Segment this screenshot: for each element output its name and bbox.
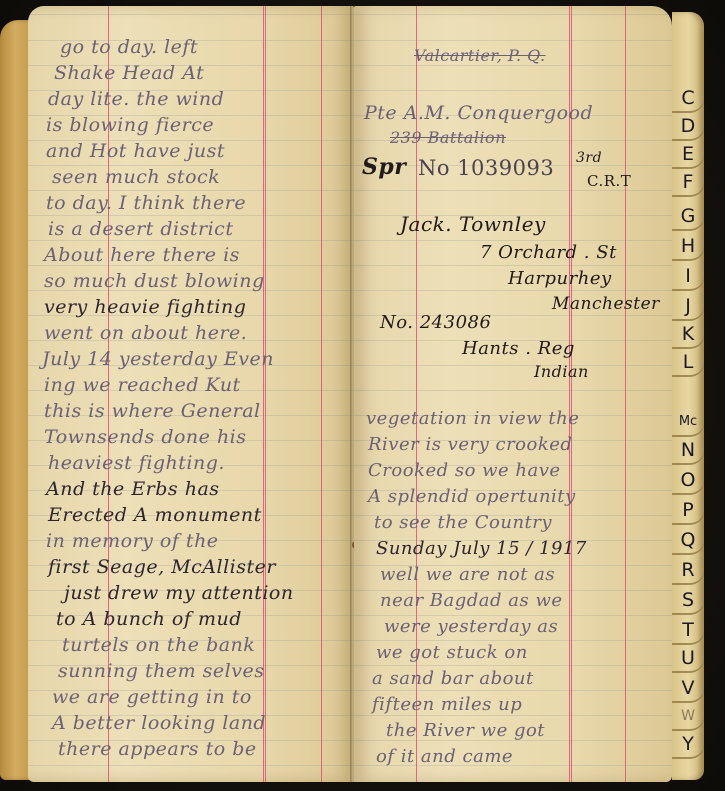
- notebook-photo: go to day. left Shake Head At day lite. …: [0, 0, 725, 791]
- contact-unit: Indian: [534, 362, 672, 381]
- handwritten-line: sunning them selves: [58, 660, 354, 682]
- contact-regiment: Hants . Reg: [462, 338, 672, 359]
- index-tab-p[interactable]: P: [672, 496, 704, 525]
- index-tab-y[interactable]: Y: [672, 730, 704, 759]
- index-tab-h[interactable]: H: [672, 232, 704, 261]
- index-tab-q[interactable]: Q: [672, 526, 704, 555]
- handwritten-line: ing we reached Kut: [44, 374, 354, 396]
- handwritten-line: a sand bar about: [372, 668, 672, 689]
- handwritten-line: and Hot have just: [46, 140, 354, 162]
- handwritten-line: Sunday July 15 / 1917: [376, 538, 672, 559]
- index-tab-mc[interactable]: Mc: [672, 408, 704, 437]
- handwritten-line: go to day. left: [60, 36, 354, 58]
- handwritten-line: July 14 yesterday Even: [42, 348, 354, 370]
- left-page: go to day. left Shake Head At day lite. …: [28, 6, 354, 782]
- handwritten-line: to day. I think there: [46, 192, 354, 214]
- handwritten-line: A splendid opertunity: [368, 486, 672, 507]
- handwritten-line: there appears to be: [58, 738, 354, 760]
- handwritten-line: Shake Head At: [54, 62, 354, 84]
- handwritten-line: to see the Country: [374, 512, 672, 533]
- handwritten-line: first Seage, McAllister: [48, 556, 354, 578]
- contact-district: Harpurhey: [508, 268, 672, 289]
- handwritten-line: heaviest fighting.: [48, 452, 354, 474]
- handwritten-line: About here there is: [44, 244, 354, 266]
- index-tab-n[interactable]: N: [672, 436, 704, 465]
- index-tab-k[interactable]: K: [672, 320, 704, 349]
- contact-city: Manchester: [552, 294, 672, 314]
- handwritten-line: seen much stock: [52, 166, 354, 188]
- handwritten-line: to A bunch of mud: [56, 608, 354, 630]
- handwritten-line: And the Erbs has: [46, 478, 354, 500]
- index-tab-t[interactable]: T: [672, 616, 704, 645]
- index-tab-o[interactable]: O: [672, 466, 704, 495]
- index-tab-d[interactable]: D: [672, 112, 704, 141]
- handwritten-line: Townsends done his: [44, 426, 354, 448]
- index-tab-g[interactable]: G: [672, 202, 704, 231]
- handwritten-line: River is very crooked: [368, 434, 672, 455]
- handwritten-line: Crooked so we have: [368, 460, 672, 481]
- handwritten-line: very heavie fighting: [44, 296, 354, 318]
- contact-number: No. 243086: [380, 312, 672, 333]
- contact-name: Jack. Townley: [400, 212, 672, 236]
- alphabet-index-tabs: C D E F G H I J K L Mc N O P Q R S T U V…: [672, 12, 704, 780]
- handwritten-line: turtels on the bank: [62, 634, 354, 656]
- index-tab-w[interactable]: W: [672, 702, 704, 731]
- handwritten-line: this is where General: [44, 400, 354, 422]
- index-tab-e[interactable]: E: [672, 140, 704, 169]
- rank-prefix: Spr: [362, 154, 406, 180]
- handwritten-line: went on about here.: [44, 322, 354, 344]
- index-tab-f[interactable]: F: [672, 168, 704, 197]
- crossed-location: Valcartier, P. Q.: [414, 46, 672, 65]
- handwritten-line: well we are not as: [380, 564, 672, 585]
- handwritten-line: were yesterday as: [384, 616, 672, 637]
- handwritten-line: the River we got: [386, 720, 672, 741]
- contact-street: 7 Orchard . St: [480, 242, 672, 263]
- index-tab-v[interactable]: V: [672, 674, 704, 703]
- index-tab-j[interactable]: J: [672, 292, 704, 321]
- handwritten-line: Erected A monument: [48, 504, 354, 526]
- index-tab-i[interactable]: I: [672, 262, 704, 291]
- handwritten-line: of it and came: [376, 746, 672, 767]
- index-tab-r[interactable]: R: [672, 556, 704, 585]
- unit-label-top: 3rd: [576, 150, 672, 166]
- handwritten-line: we got stuck on: [376, 642, 672, 663]
- handwritten-line: just drew my attention: [64, 582, 354, 604]
- handwritten-line: fifteen miles up: [372, 694, 672, 715]
- handwritten-line: we are getting in to: [52, 686, 354, 708]
- handwritten-line: in memory of the: [46, 530, 354, 552]
- handwritten-line: so much dust blowing: [44, 270, 354, 292]
- handwritten-line: vegetation in view the: [366, 408, 672, 429]
- crossed-battalion: 239 Battalion: [390, 128, 672, 147]
- soldier-name: Pte A.M. Conquergood: [364, 102, 672, 124]
- handwritten-line: is a desert district: [48, 218, 354, 240]
- handwritten-line: A better looking land: [52, 712, 354, 734]
- right-page: Valcartier, P. Q. Pte A.M. Conquergood 2…: [354, 6, 672, 782]
- unit-label-bottom: C.R.T: [587, 172, 672, 190]
- handwritten-line: is blowing fierce: [46, 114, 354, 136]
- index-tab-l[interactable]: L: [672, 348, 704, 377]
- handwritten-line: near Bagdad as we: [380, 590, 672, 611]
- index-tab-s[interactable]: S: [672, 586, 704, 615]
- index-tab-c[interactable]: C: [672, 84, 704, 113]
- handwritten-line: day lite. the wind: [48, 88, 354, 110]
- index-tab-u[interactable]: U: [672, 644, 704, 673]
